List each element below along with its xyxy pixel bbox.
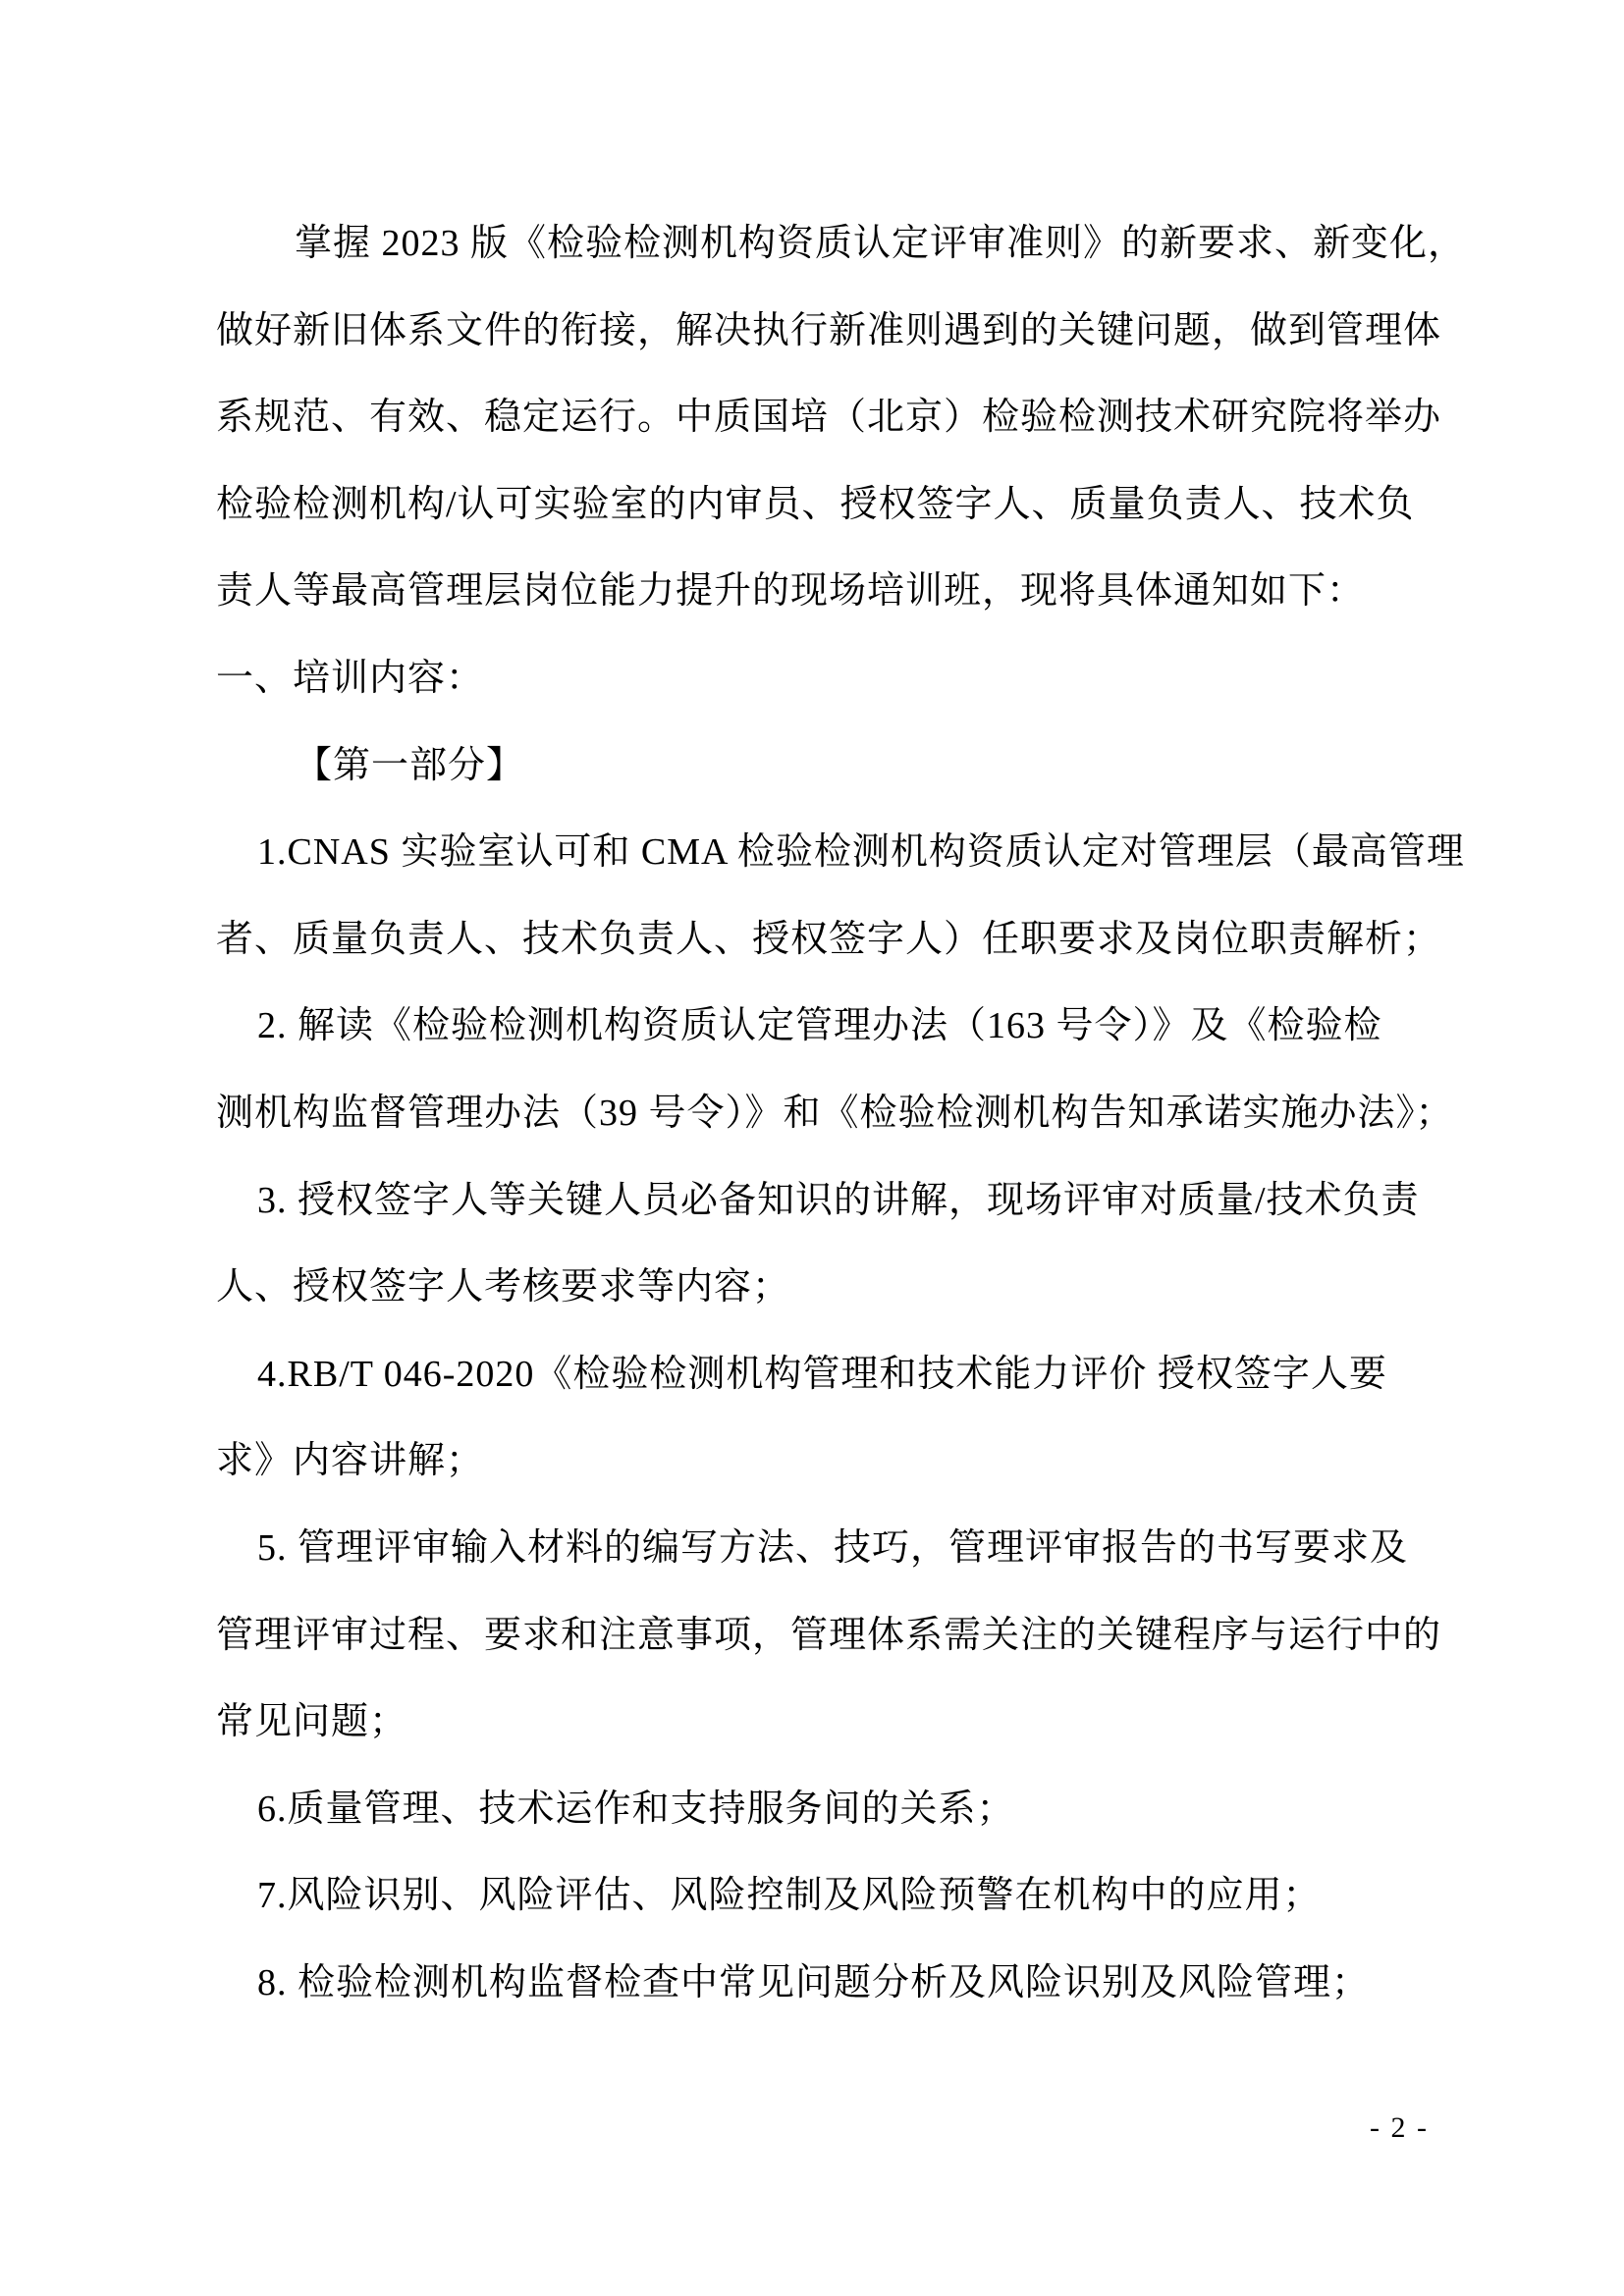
text-line: 管理评审过程、要求和注意事项，管理体系需关注的关键程序与运行中的: [216, 1592, 1443, 1680]
document-page: 掌握 2023 版《检验检测机构资质认定评审准则》的新要求、新变化，做好新旧体系…: [0, 0, 1624, 2296]
text-line: 常见问题；: [216, 1679, 1443, 1766]
text-line: 掌握 2023 版《检验检测机构资质认定评审准则》的新要求、新变化，: [216, 200, 1443, 288]
text-line: 2. 解读《检验检测机构资质认定管理办法（163 号令）》及《检验检: [216, 983, 1443, 1070]
text-line: 责人等最高管理层岗位能力提升的现场培训班，现将具体通知如下：: [216, 548, 1443, 635]
text-line: 【第一部分】: [216, 722, 1443, 810]
text-line: 人、授权签字人考核要求等内容；: [216, 1244, 1443, 1331]
page-number: - 2 -: [1370, 2109, 1429, 2148]
text-line: 系规范、有效、稳定运行。中质国培（北京）检验检测技术研究院将举办: [216, 374, 1443, 461]
text-line: 1.CNAS 实验室认可和 CMA 检验检测机构资质认定对管理层（最高管理: [216, 809, 1443, 896]
text-line: 一、培训内容：: [216, 635, 1443, 722]
text-line: 7.风险识别、风险评估、风险控制及风险预警在机构中的应用；: [216, 1852, 1443, 1940]
text-line: 检验检测机构/认可实验室的内审员、授权签字人、质量负责人、技术负: [216, 461, 1443, 549]
text-line: 求》内容讲解；: [216, 1417, 1443, 1505]
document-body: 掌握 2023 版《检验检测机构资质认定评审准则》的新要求、新变化，做好新旧体系…: [216, 200, 1443, 2026]
text-line: 测机构监督管理办法（39 号令）》和《检验检测机构告知承诺实施办法》；: [216, 1070, 1443, 1157]
text-line: 6.质量管理、技术运作和支持服务间的关系；: [216, 1766, 1443, 1853]
text-line: 4.RB/T 046-2020《检验检测机构管理和技术能力评价 授权签字人要: [216, 1331, 1443, 1418]
text-line: 8. 检验检测机构监督检查中常见问题分析及风险识别及风险管理；: [216, 1940, 1443, 2027]
text-line: 做好新旧体系文件的衔接，解决执行新准则遇到的关键问题，做到管理体: [216, 288, 1443, 375]
text-line: 5. 管理评审输入材料的编写方法、技巧，管理评审报告的书写要求及: [216, 1505, 1443, 1592]
text-line: 3. 授权签字人等关键人员必备知识的讲解，现场评审对质量/技术负责: [216, 1157, 1443, 1245]
text-line: 者、质量负责人、技术负责人、授权签字人）任职要求及岗位职责解析；: [216, 896, 1443, 984]
